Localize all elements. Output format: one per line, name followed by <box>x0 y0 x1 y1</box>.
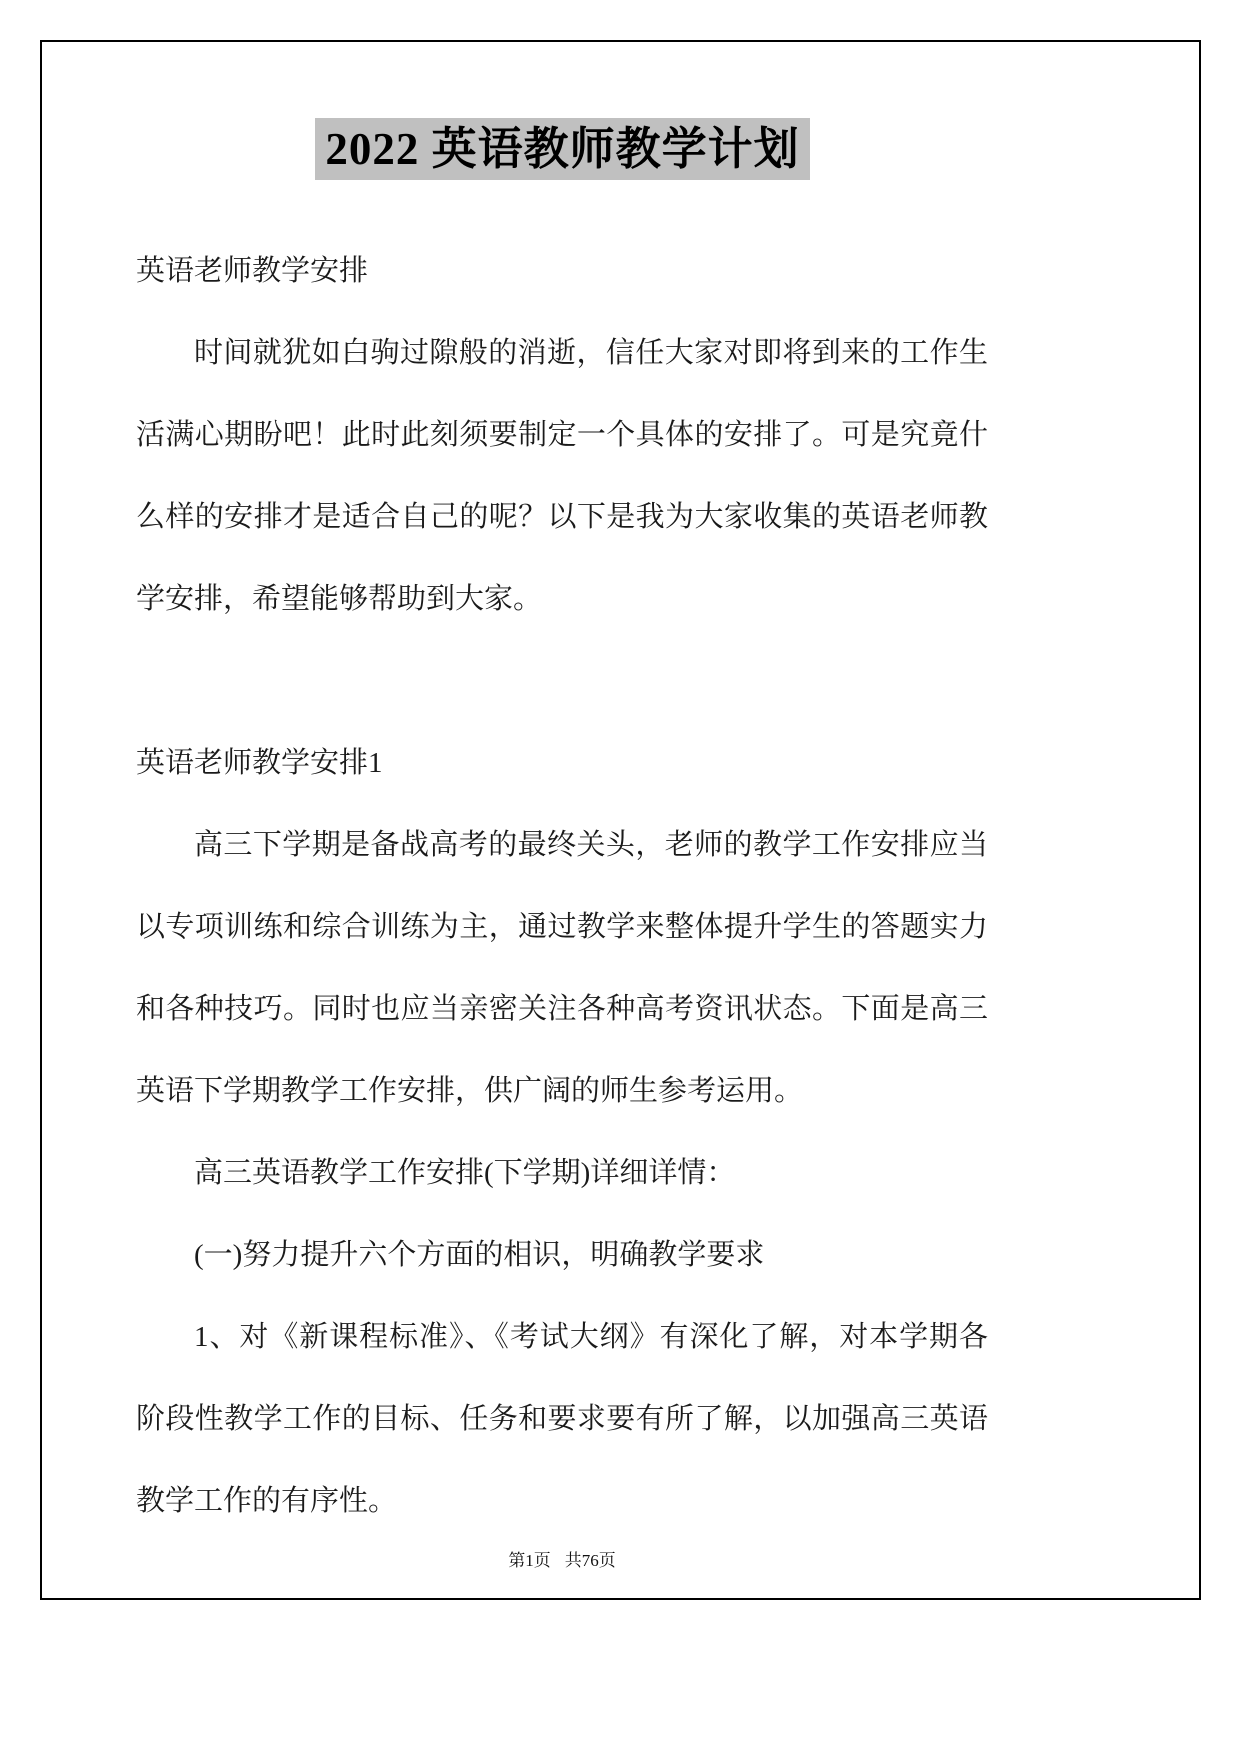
paragraph: (一)努力提升六个方面的相识，明确教学要求 <box>136 1214 988 1296</box>
page-footer: 第1页共76页 <box>136 1550 988 1572</box>
section-heading: 英语老师教学安排1 <box>136 722 988 804</box>
paragraph: 时间就犹如白驹过隙般的消逝，信任大家对即将到来的工作生活满心期盼吧！此时此刻须要… <box>136 312 988 640</box>
document-page: 2022 英语教师教学计划 英语老师教学安排 时间就犹如白驹过隙般的消逝，信任大… <box>0 0 1241 1754</box>
paragraph: 高三下学期是备战高考的最终关头，老师的教学工作安排应当以专项训练和综合训练为主，… <box>136 804 988 1132</box>
current-page-label: 第1页 <box>508 1551 551 1570</box>
page-border-frame: 2022 英语教师教学计划 英语老师教学安排 时间就犹如白驹过隙般的消逝，信任大… <box>40 40 1201 1600</box>
paragraph: 高三英语教学工作安排(下学期)详细详情： <box>136 1132 988 1214</box>
document-title: 2022 英语教师教学计划 <box>315 118 809 180</box>
paragraph: 1、对《新课程标准》、《考试大纲》有深化了解，对本学期各阶段性教学工作的目标、任… <box>136 1296 988 1542</box>
paragraph: 英语老师教学安排 <box>136 230 988 312</box>
title-row: 2022 英语教师教学计划 <box>42 118 1199 180</box>
total-pages-label: 共76页 <box>565 1551 616 1570</box>
document-body: 英语老师教学安排 时间就犹如白驹过隙般的消逝，信任大家对即将到来的工作生活满心期… <box>136 230 988 1542</box>
